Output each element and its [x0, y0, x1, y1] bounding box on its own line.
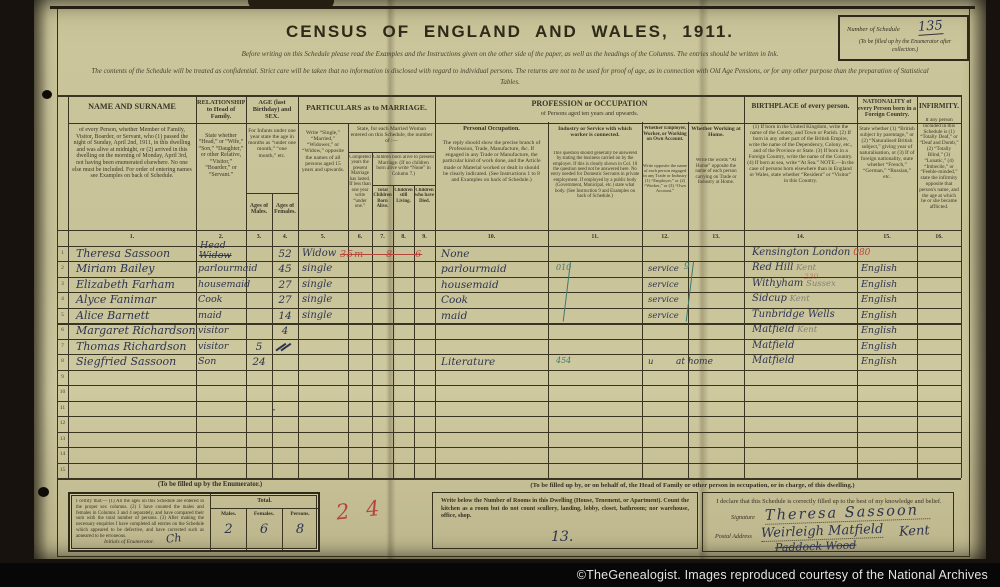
header-age-females: Ages of Females. — [272, 203, 298, 227]
declaration-box: I declare that this Schedule is correctl… — [702, 492, 954, 552]
table-hline — [57, 354, 961, 355]
header-infirmity-desc: If any person included in this Schedule … — [919, 118, 959, 228]
row-number: 4 — [57, 296, 68, 302]
signature-value: Theresa Sassoon — [765, 502, 930, 525]
row-marriage: single — [302, 310, 332, 321]
females-total-value: 6 — [246, 522, 282, 537]
row-number: 9 — [57, 374, 68, 380]
males-total-label: Males. — [211, 511, 246, 517]
header-marriage-years: Completed years the present Marriage has… — [349, 155, 371, 229]
header-infirmity-title: INFIRMITY. — [918, 103, 960, 115]
table-hline — [57, 463, 961, 464]
row-relationship: housemaid — [198, 279, 250, 290]
row-nationality: English — [861, 325, 897, 336]
row-relationship: Son — [198, 356, 216, 367]
row-marriage: single — [302, 279, 332, 290]
row-industry-code: 9 — [684, 262, 690, 272]
census-schedule-scan: CENSUS OF ENGLAND AND WALES, 1911. Befor… — [0, 0, 1000, 587]
table-vline — [298, 95, 299, 478]
row-number: 2 — [57, 265, 68, 271]
table-hline — [57, 95, 961, 97]
row-birthplace-pencil: Kent — [794, 325, 817, 335]
row-age-female: 4 — [272, 325, 298, 337]
table-vline — [435, 95, 436, 478]
row-number: 15 — [57, 467, 68, 473]
row-nationality: English — [861, 356, 897, 367]
row-occupation: Literature — [441, 356, 495, 368]
header-employer-title: Whether Employer, Worker, or Working on … — [643, 126, 687, 162]
enumerator-certify-text: I certify that:— (1) All the ages on thi… — [76, 499, 204, 537]
row-employer-status: service — [648, 264, 679, 274]
row-birthplace-red-mark: 080 — [850, 248, 870, 258]
header-age-title: AGE (last Birthday) and SEX. — [247, 99, 297, 122]
column-number: 5. — [298, 234, 348, 241]
row-name: Alyce Fanimar — [76, 293, 156, 306]
table-hline — [57, 370, 961, 371]
males-total-value: 2 — [211, 522, 246, 537]
row-age-female: 27 — [272, 294, 298, 306]
table-vline — [548, 122, 549, 478]
table-hline — [57, 292, 961, 293]
postal-address-label: Postal Address — [715, 533, 752, 540]
row-nationality: English — [861, 310, 897, 321]
header-age-desc: For Infants under one year state the age… — [248, 128, 296, 190]
header-profession-subtitle: of Persons aged ten years and upwards. — [435, 111, 744, 121]
header-children-living: Children still Living. — [393, 188, 414, 230]
row-nationality: English — [861, 294, 897, 305]
row-birthplace-red-faint: 230 — [804, 272, 818, 281]
row-relationship: Cook — [198, 294, 222, 305]
totals-label: Total. — [211, 498, 318, 504]
persons-total-label: Persons. — [282, 511, 318, 517]
row-number: 8 — [57, 358, 68, 364]
row-age-female: 52 — [272, 248, 298, 260]
row-working-at-home: at home — [676, 357, 713, 367]
table-hline — [246, 193, 298, 194]
enumerator-box: I certify that:— (1) All the ages on thi… — [68, 492, 320, 552]
header-marriage-write: Write “Single,” “Married,” “Widower,” or… — [300, 130, 346, 226]
column-number: 8. — [393, 234, 414, 241]
row-employer-status: service — [648, 280, 679, 290]
head-of-family-heading: (To be filled up by, or on behalf of, th… — [430, 482, 955, 489]
rooms-box-text: Write below the Number of Rooms in this … — [441, 498, 689, 521]
row-birthplace-pencil: Kent — [787, 294, 810, 304]
table-vline — [196, 95, 197, 478]
column-number: 4. — [272, 234, 298, 241]
row-nationality: English — [861, 279, 897, 290]
row-employer-status: service — [648, 295, 679, 305]
row-birthplace: Sidcup Kent — [752, 293, 810, 304]
header-nationality-title: NATIONALITY of every Person born in a Fo… — [858, 99, 916, 123]
enumerator-initials-value: Ch — [165, 531, 182, 546]
row-birthplace: Matfield — [752, 355, 794, 366]
header-personal-occupation-title: Personal Occupation. — [437, 126, 546, 136]
rooms-count-value: 13. — [551, 529, 573, 545]
row-birthplace: Matfield Kent — [752, 324, 817, 335]
row-birthplace: Withyham Sussex — [752, 278, 836, 289]
column-number: 7. — [372, 234, 393, 241]
row-birthplace: Tunbridge Wells — [752, 309, 835, 320]
table-vline — [917, 95, 918, 478]
table-hline — [57, 401, 961, 403]
rooms-box: Write below the Number of Rooms in this … — [432, 492, 698, 549]
row-birthplace: Matfield — [752, 340, 794, 351]
row-name: Thomas Richardson — [76, 340, 186, 353]
table-hline — [348, 152, 435, 153]
credit-text: ©TheGenealogist. Images reproduced court… — [577, 568, 988, 582]
row-number: 12 — [57, 420, 68, 426]
column-number: 9. — [414, 234, 435, 241]
row-name: Elizabeth Farham — [76, 278, 175, 291]
row-number: 10 — [57, 389, 68, 395]
column-number: 13. — [688, 234, 744, 241]
row-number: 3 — [57, 281, 68, 287]
header-profession-title: PROFESSION or OCCUPATION — [435, 100, 744, 111]
row-number: 1 — [57, 250, 68, 256]
row-occupation: Cook — [441, 294, 468, 306]
row-relationship-struck: Widow — [199, 250, 232, 261]
header-name-desc: of every Person, whether Member of Famil… — [72, 127, 192, 228]
column-number: 11. — [548, 234, 642, 241]
row-name: Siegfried Sassoon — [76, 355, 176, 368]
column-number: 1. — [68, 234, 196, 241]
row-name: Theresa Sassoon — [76, 247, 170, 260]
row-occupation: maid — [441, 310, 467, 322]
row-number: 13 — [57, 436, 68, 442]
row-nationality: English — [861, 341, 897, 352]
females-total-label: Females. — [246, 511, 282, 517]
header-marriage-children: Children born alive to present Marriage.… — [373, 155, 434, 184]
row-relationship: maid — [198, 310, 222, 321]
header-working-at-home-desc: Write the words “At Home” opposite the n… — [691, 158, 741, 218]
table-hline — [57, 230, 961, 231]
row-number: 11 — [57, 405, 68, 411]
row-name: Miriam Bailey — [76, 262, 154, 275]
signature-label: Signature — [731, 514, 755, 521]
column-number: 3. — [246, 234, 272, 241]
column-number: 15. — [857, 234, 917, 241]
row-age-male: 24 — [246, 356, 272, 368]
table-hline — [57, 432, 961, 433]
header-employer-desc: Write opposite the name of each person e… — [643, 163, 687, 229]
row-birthplace: Kensington London 080 — [752, 247, 870, 258]
header-age-males: Ages of Males. — [246, 203, 272, 227]
table-vline — [857, 95, 858, 478]
row-employer-status: u — [648, 357, 653, 367]
row-number: 7 — [57, 343, 68, 349]
row-number: 14 — [57, 451, 68, 457]
header-industry-title: Industry or Service with which worker is… — [550, 126, 640, 150]
row-marriage-red-struck: 35m 8 6 — [340, 249, 422, 260]
header-birthplace-desc: (1) If born in the United Kingdom, write… — [747, 124, 854, 229]
row-age-female: 27 — [272, 279, 298, 291]
header-working-at-home-title: Whether Working at Home. — [690, 126, 742, 154]
header-industry-desc: This question should generally be answer… — [550, 151, 640, 229]
row-age-female: 45 — [272, 263, 298, 275]
header-name-title: NAME AND SURNAME — [70, 102, 194, 118]
row-occupation: housemaid — [441, 279, 499, 291]
column-number: 12. — [642, 234, 688, 241]
persons-total-value: 8 — [282, 522, 318, 537]
table-vline — [744, 95, 745, 478]
table-vline — [961, 95, 962, 478]
row-number: 5 — [57, 312, 68, 318]
column-number: 6. — [348, 234, 372, 241]
row-marriage: single — [302, 263, 332, 274]
row-age-female: 14 — [272, 310, 298, 322]
header-children-born: Total Children Born Alive. — [372, 188, 393, 230]
header-marriage-title: PARTICULARS as to MARRIAGE. — [300, 104, 433, 118]
row-nationality: English — [861, 263, 897, 274]
row-relationship: visitor — [198, 325, 228, 336]
row-occupation: None — [441, 248, 470, 260]
column-number: 16. — [917, 234, 961, 241]
table-hline — [57, 416, 961, 417]
row-relationship: parlourmaid — [198, 263, 258, 274]
enumerator-initials-label: Initials of Enumerator. — [104, 539, 154, 545]
postal-address-county: Kent — [899, 523, 930, 540]
table-hline — [57, 339, 961, 340]
header-personal-occupation-desc: The reply should show the precise branch… — [441, 140, 542, 228]
enumerator-section-heading: (To be filled up by the Enumerator.) — [90, 481, 330, 488]
table-hline — [372, 185, 435, 186]
row-marriage: Widow — [302, 248, 336, 259]
row-relationship: visitor — [198, 341, 228, 352]
table-hline — [57, 447, 961, 448]
column-number: 14. — [744, 234, 857, 241]
table-hline — [57, 261, 961, 262]
row-occupation-code: 454 — [556, 356, 571, 365]
row-name: Margaret Richardson — [76, 324, 196, 337]
table-hline — [57, 385, 961, 386]
row-name: Alice Barnett — [76, 309, 149, 322]
table-hline — [57, 478, 961, 480]
stray-ink-mark: „ — [272, 404, 276, 412]
row-marriage: single — [302, 294, 332, 305]
header-relationship-title: RELATIONSHIP to Head of Family. — [197, 99, 245, 122]
column-number: 10. — [435, 234, 548, 241]
credit-bar: ©TheGenealogist. Images reproduced court… — [0, 563, 1000, 587]
row-occupation: parlourmaid — [441, 263, 507, 275]
row-employer-status: service — [648, 311, 679, 321]
row-age-male: 5 — [246, 341, 272, 353]
header-marriage-state: State, for each Married Woman entered on… — [350, 126, 433, 151]
table-vline — [68, 95, 69, 478]
enumerator-red-mark: 2 4 — [335, 496, 386, 525]
header-children-died: Children who have Died. — [414, 188, 435, 230]
header-birthplace-title: BIRTHPLACE of every person. — [746, 102, 855, 120]
row-number: 6 — [57, 327, 68, 333]
header-relationship-desc: State whether “Head,” or “Wife,” “Son,” … — [198, 133, 244, 223]
header-nationality-desc: State whether (1) “British subject by pa… — [859, 126, 915, 228]
